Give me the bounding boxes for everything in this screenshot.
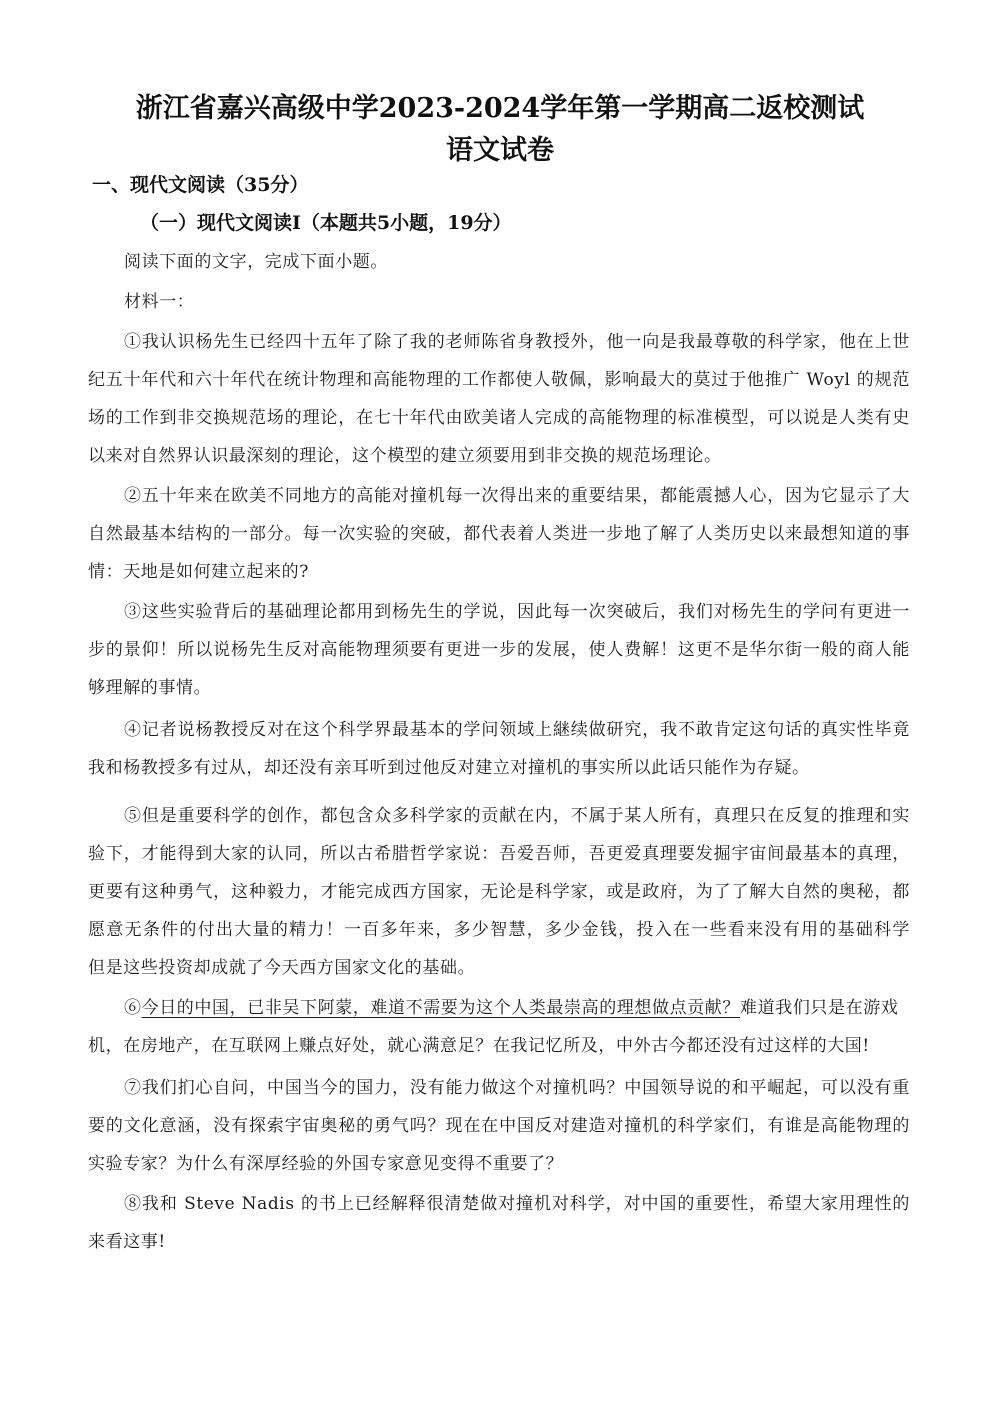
paragraph-number: ⑥: [124, 998, 142, 1018]
section-heading: 一、现代文阅读（35分）: [92, 170, 308, 197]
paragraph-line: 但是这些投资却成就了今天西方国家文化的基础。: [88, 956, 910, 980]
subsection-heading: （一）现代文阅读Ⅰ（本题共5小题，19分）: [140, 208, 512, 235]
paragraph-line: 验下，才能得到大家的认同，所以古希腊哲学家说：吾爱吾师，吾更爱真理要发掘宇宙间最…: [88, 842, 910, 866]
paragraph-line: 纪五十年代和六十年代在统计物理和高能物理的工作都使人敬佩，影响最大的莫过于他推广…: [88, 368, 910, 392]
paragraph-line: ⑧我和 Steve Nadis 的书上已经解释很清楚做对撞机对科学，对中国的重要…: [124, 1192, 910, 1216]
material-label: 材料一：: [124, 290, 910, 314]
paragraph-line: 够理解的事情。: [88, 676, 910, 700]
paragraph-line: ⑥今日的中国，已非吴下阿蒙，难道不需要为这个人类最崇高的理想做点贡献？难道我们只…: [124, 996, 910, 1020]
paragraph-line: ①我认识杨先生已经四十五年了除了我的老师陈省身教授外，他一向是我最尊敬的科学家，…: [124, 330, 910, 354]
instruction-text: 阅读下面的文字，完成下面小题。: [124, 250, 910, 274]
exam-subtitle: 语文试卷: [0, 128, 1000, 167]
paragraph-line: 我和杨教授多有过从，却还没有亲耳听到过他反对建立对撞机的事实所以此话只能作为存疑…: [88, 756, 910, 780]
paragraph-line: 实验专家？为什么有深厚经验的外国专家意见变得不重要了？: [88, 1152, 910, 1176]
paragraph-line: ③这些实验背后的基础理论都用到杨先生的学说，因此每一次突破后，我们对杨先生的学问…: [124, 600, 910, 624]
paragraph-line: 来看这事!: [88, 1230, 910, 1254]
paragraph-line: ⑤但是重要科学的创作，都包含众多科学家的贡献在内，不属于某人所有，真理只在反复的…: [124, 804, 910, 828]
paragraph-line: 更要有这种勇气，这种毅力，才能完成西方国家，无论是科学家，或是政府，为了了解大自…: [88, 880, 910, 904]
paragraph-line: 要的文化意涵，没有探索宇宙奥秘的勇气吗？现在在中国反对建造对撞机的科学家们，有谁…: [88, 1114, 910, 1138]
exam-page: 浙江省嘉兴高级中学2023-2024学年第一学期高二返校测试 语文试卷 一、现代…: [0, 0, 1000, 1414]
paragraph-line: ⑦我们扪心自问，中国当今的国力，没有能力做这个对撞机吗？中国领导说的和平崛起，可…: [124, 1076, 910, 1100]
paragraph-line: 情：天地是如何建立起来的?: [88, 560, 910, 584]
paragraph-line: ②五十年来在欧美不同地方的高能对撞机每一次得出来的重要结果，都能震撼人心，因为它…: [124, 484, 910, 508]
paragraph-line: 愿意无条件的付出大量的精力！一百多年来，多少智慧，多少金钱，投入在一些看来没有用…: [88, 918, 910, 942]
paragraph-line: 步的景仰！所以说杨先生反对高能物理须要有更进一步的发展，使人费解！这更不是华尔街…: [88, 638, 910, 662]
paragraph-line: ④记者说杨教授反对在这个科学界最基本的学问领域上継续做研究，我不敢肯定这句话的真…: [124, 718, 910, 742]
paragraph-line: 自然最基本结构的一部分。每一次实验的突破，都代表着人类进一步地了解了人类历史以来…: [88, 522, 910, 546]
paragraph-line: 机，在房地产，在互联网上赚点好处，就心满意足？在我记忆所及，中外古今都还没有过这…: [88, 1034, 910, 1058]
underlined-sentence: 今日的中国，已非吴下阿蒙，难道不需要为这个人类最崇高的理想做点贡献？: [142, 998, 740, 1018]
exam-title: 浙江省嘉兴高级中学2023-2024学年第一学期高二返校测试: [0, 86, 1000, 125]
paragraph-line: 场的工作到非交换规范场的理论，在七十年代由欧美诸人完成的高能物理的标准模型，可以…: [88, 406, 910, 430]
paragraph-text: 难道我们只是在游戏: [740, 998, 898, 1018]
paragraph-line: 以来对自然界认识最深刻的理论，这个模型的建立须要用到非交换的规范场理论。: [88, 444, 910, 468]
